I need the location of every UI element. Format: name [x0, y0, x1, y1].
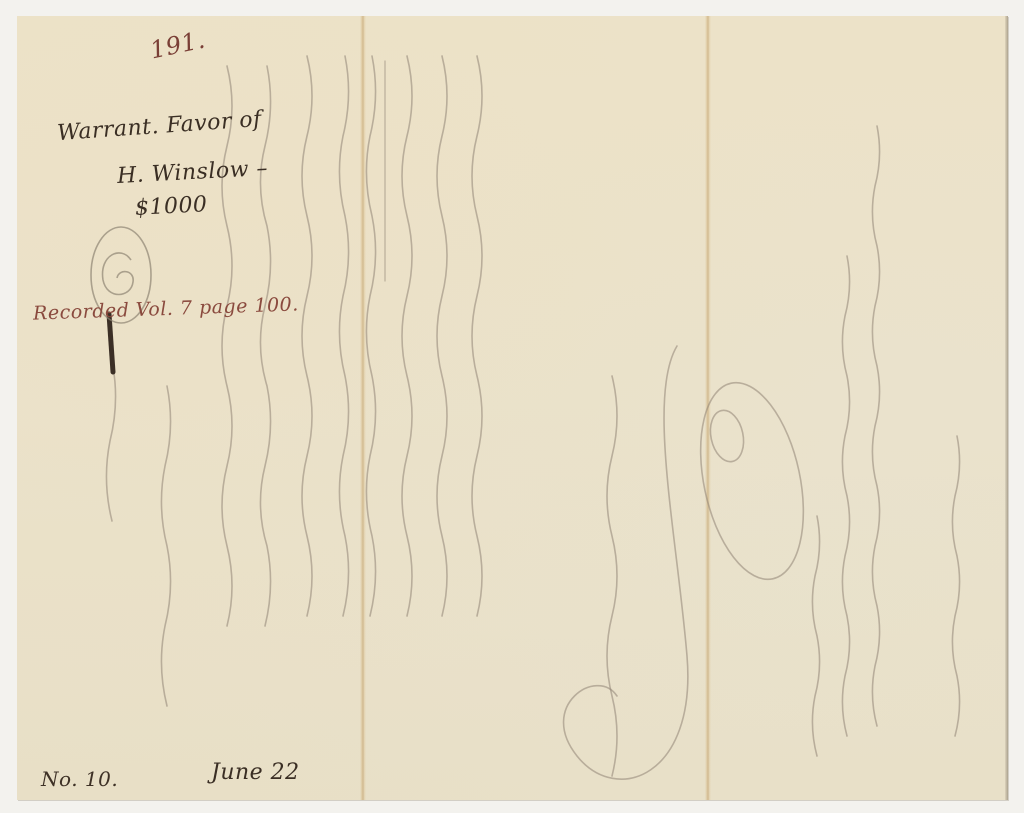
docket-amount: $1000: [134, 192, 208, 221]
recorded-note: Recorded Vol. 7 page 100.: [33, 293, 299, 324]
scan-background: 191. Warrant. Favor of H. Winslow – $100…: [0, 0, 1024, 813]
document-paper: 191. Warrant. Favor of H. Winslow – $100…: [17, 16, 1008, 800]
mirrored-flourish-loops: [564, 346, 820, 779]
mirrored-column-strokes: [106, 56, 482, 706]
docket-number: 191.: [148, 26, 208, 65]
mirrored-text-lines: [812, 126, 959, 756]
date-fragment: June 22: [211, 760, 300, 785]
docket-title-line-1: Warrant. Favor of: [56, 107, 262, 146]
fold-line-left: [360, 16, 366, 800]
file-number: No. 10.: [41, 767, 118, 791]
docket-payee: H. Winslow –: [116, 156, 268, 189]
fold-line-right: [705, 16, 711, 800]
